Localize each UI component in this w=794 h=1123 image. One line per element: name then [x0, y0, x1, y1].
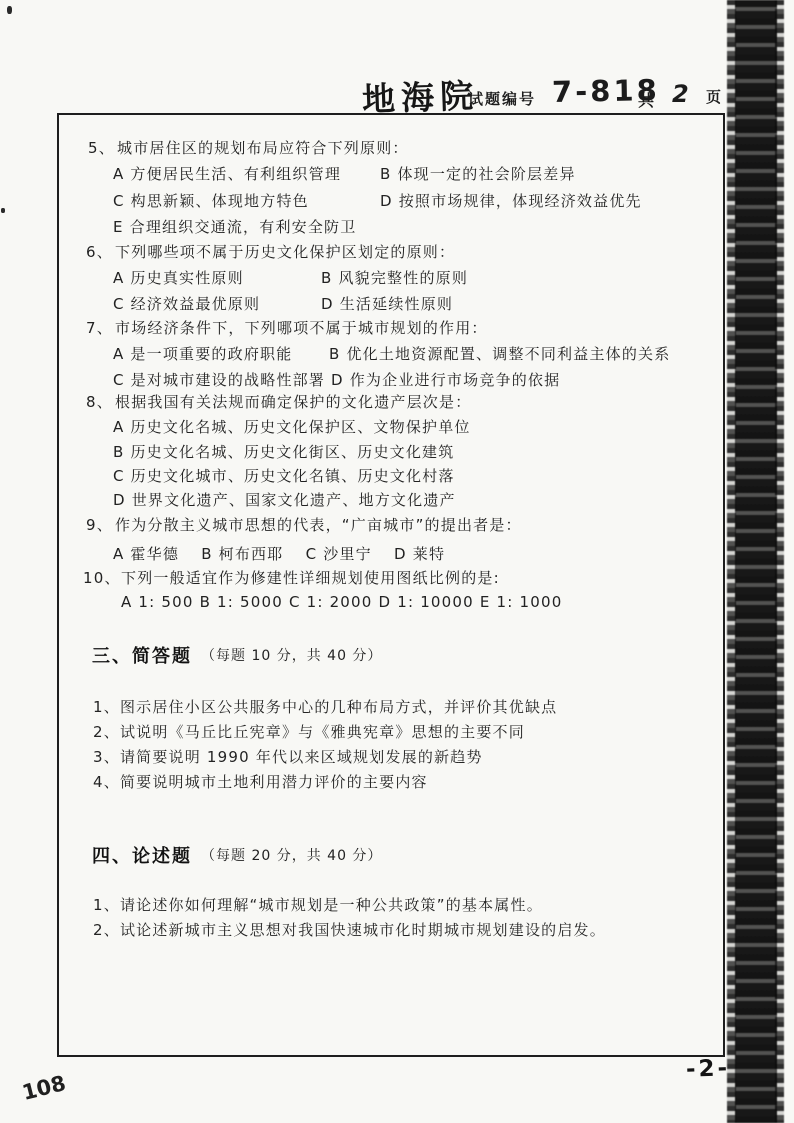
option: A 历史文化名城、历史文化保护区、文物保护单位 [113, 416, 471, 437]
content-frame: 5、 城市居住区的规划布局应符合下列原则： A 方便居民生活、有利组织管理 B … [57, 113, 725, 1057]
option: C 历史文化城市、历史文化名镇、历史文化村落 [113, 465, 455, 486]
item-text: 1、请论述你如何理解“城市规划是一种公共政策”的基本属性。 [93, 894, 543, 915]
exam-number-label: 试题编号 [468, 88, 536, 109]
item-text: 2、试说明《马丘比丘宪章》与《雅典宪章》思想的主要不同 [93, 721, 525, 742]
section-points: （每题 20 分，共 40 分） [201, 845, 382, 865]
question-number: 8、 [86, 391, 113, 412]
scanned-exam-page: 地海院 试题编号 7-818 共 2 页 5、 城市居住区的规划布局应符合下列原… [0, 0, 794, 1123]
corner-note-handwriting: 108 [20, 1071, 68, 1105]
question-5-options-row: C 构思新颖、体现地方特色 D 按照市场规律，体现经济效益优先 [59, 190, 723, 212]
option: D 按照市场规律，体现经济效益优先 [380, 190, 642, 211]
item-text: 1、图示居住小区公共服务中心的几种布局方式，并评价其优缺点 [93, 696, 557, 717]
option: A 霍华德 B 柯布西耶 C 沙里宁 D 莱特 [113, 543, 445, 564]
total-pages-count: 2 [672, 80, 689, 108]
section-title: 四、论述题 [92, 842, 192, 868]
short-answer-item: 2、试说明《马丘比丘宪章》与《雅典宪章》思想的主要不同 [59, 721, 723, 743]
short-answer-item: 1、图示居住小区公共服务中心的几种布局方式，并评价其优缺点 [59, 696, 723, 718]
section-points: （每题 10 分，共 40 分） [201, 645, 382, 665]
question-number: 7、 [86, 317, 113, 338]
option: B 历史文化名城、历史文化街区、历史文化建筑 [113, 441, 454, 462]
question-number: 6、 [86, 241, 113, 262]
question-text: 下列一般适宜作为修建性详细规划使用图纸比例的是: [121, 567, 500, 588]
item-text: 4、简要说明城市土地利用潜力评价的主要内容 [93, 771, 428, 792]
total-pages-prefix: 共 [638, 88, 654, 111]
question-text: 市场经济条件下，下列哪项不属于城市规划的作用： [115, 317, 488, 338]
option: A 1: 500 B 1: 5000 C 1: 2000 D 1: 10000 … [121, 593, 562, 611]
page-number-handwriting: -2- [686, 1055, 731, 1083]
option: B 风貌完整性的原则 [321, 267, 468, 288]
question-8-option: C 历史文化城市、历史文化名镇、历史文化村落 [59, 465, 723, 487]
question-9-stem: 9、 作为分散主义城市思想的代表，“广亩城市”的提出者是： [59, 514, 723, 536]
item-text: 3、请简要说明 1990 年代以来区域规划发展的新趋势 [93, 746, 483, 767]
question-number: 9、 [86, 514, 113, 535]
option: A 历史真实性原则 [113, 267, 244, 288]
question-10-stem: 10、 下列一般适宜作为修建性详细规划使用图纸比例的是: [59, 567, 723, 589]
question-10-options: A 1: 500 B 1: 5000 C 1: 2000 D 1: 10000 … [59, 593, 723, 615]
option: A 是一项重要的政府职能 [113, 343, 292, 364]
question-5-options-row: A 方便居民生活、有利组织管理 B 体现一定的社会阶层差异 [59, 163, 723, 185]
question-9-options: A 霍华德 B 柯布西耶 C 沙里宁 D 莱特 [59, 543, 723, 565]
option: C 构思新颖、体现地方特色 [113, 190, 309, 211]
question-7-options-row: A 是一项重要的政府职能 B 优化土地资源配置、调整不同利益主体的关系 [59, 343, 723, 365]
section-title: 三、简答题 [92, 642, 192, 668]
question-6-options-row: A 历史真实性原则 B 风貌完整性的原则 [59, 267, 723, 289]
question-5-options-row: E 合理组织交通流，有利安全防卫 [59, 216, 723, 238]
question-5-stem: 5、 城市居住区的规划布局应符合下列原则： [59, 137, 723, 159]
option: D 世界文化遗产、国家文化遗产、地方文化遗产 [113, 489, 456, 510]
question-number: 5、 [88, 137, 115, 158]
question-8-option: D 世界文化遗产、国家文化遗产、地方文化遗产 [59, 489, 723, 511]
essay-item: 1、请论述你如何理解“城市规划是一种公共政策”的基本属性。 [59, 894, 723, 916]
short-answer-item: 4、简要说明城市土地利用潜力评价的主要内容 [59, 771, 723, 793]
section-short-answer-heading: 三、简答题 （每题 10 分，共 40 分） [59, 642, 723, 668]
question-text: 根据我国有关法规而确定保护的文化遗产层次是： [115, 391, 471, 412]
question-6-options-row: C 经济效益最优原则 D 生活延续性原则 [59, 293, 723, 315]
question-7-options-row: C 是对城市建设的战略性部署 D 作为企业进行市场竞争的依据 [59, 369, 723, 391]
option: C 经济效益最优原则 [113, 293, 260, 314]
short-answer-item: 3、请简要说明 1990 年代以来区域规划发展的新趋势 [59, 746, 723, 768]
item-text: 2、试论述新城市主义思想对我国快速城市化时期城市规划建设的启发。 [93, 919, 606, 940]
question-8-option: A 历史文化名城、历史文化保护区、文物保护单位 [59, 416, 723, 438]
question-text: 城市居住区的规划布局应符合下列原则： [117, 137, 409, 158]
scan-binding-strip [735, 0, 777, 1123]
option: B 体现一定的社会阶层差异 [380, 163, 576, 184]
option: A 方便居民生活、有利组织管理 [113, 163, 341, 184]
total-pages-suffix: 页 [706, 86, 721, 107]
option: D 生活延续性原则 [321, 293, 453, 314]
question-8-option: B 历史文化名城、历史文化街区、历史文化建筑 [59, 441, 723, 463]
question-text: 下列哪些项不属于历史文化保护区划定的原则： [115, 241, 455, 262]
question-number: 10、 [83, 567, 121, 588]
scan-speck [1, 208, 5, 213]
option: B 优化土地资源配置、调整不同利益主体的关系 [329, 343, 670, 364]
question-6-stem: 6、 下列哪些项不属于历史文化保护区划定的原则： [59, 241, 723, 263]
section-essay-heading: 四、论述题 （每题 20 分，共 40 分） [59, 842, 723, 868]
question-8-stem: 8、 根据我国有关法规而确定保护的文化遗产层次是： [59, 391, 723, 413]
page-header: 地海院 试题编号 7-818 共 2 页 [0, 0, 794, 113]
essay-item: 2、试论述新城市主义思想对我国快速城市化时期城市规划建设的启发。 [59, 919, 723, 941]
option: C 是对城市建设的战略性部署 D 作为企业进行市场竞争的依据 [113, 369, 560, 390]
question-text: 作为分散主义城市思想的代表，“广亩城市”的提出者是： [115, 514, 522, 535]
question-7-stem: 7、 市场经济条件下，下列哪项不属于城市规划的作用： [59, 317, 723, 339]
option: E 合理组织交通流，有利安全防卫 [113, 216, 356, 237]
